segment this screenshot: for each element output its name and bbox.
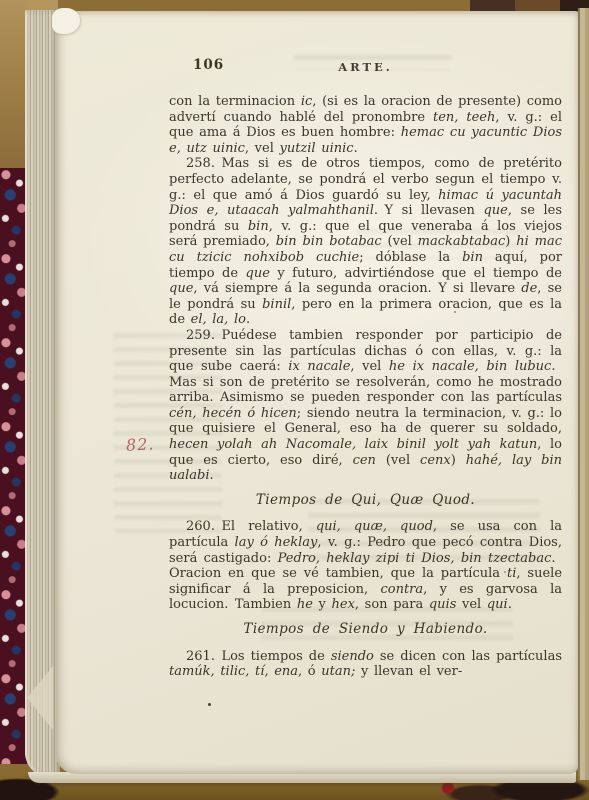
italic-text-run: bin bin botabac <box>276 234 382 249</box>
italic-text-run: ti <box>507 566 516 581</box>
section-heading-siendo-habiendo: Tiempos de Siendo y Habiendo. <box>169 622 562 638</box>
book-page: 82. 106 ARTE. con la terminacion ic, (si… <box>56 11 578 774</box>
page-header: 106 ARTE. <box>169 58 562 75</box>
italic-text-run: utan; <box>321 664 355 679</box>
italic-text-run: Pedro, heklay zipi ti Dios, bin tzectaba… <box>278 551 552 566</box>
paragraph-259: 259. Puédese tambien responder por parti… <box>169 328 562 484</box>
text-run: , ó <box>298 664 321 679</box>
text-run: . <box>354 141 358 156</box>
italic-text-run: he <box>297 597 313 612</box>
paragraph-258: 258. Mas si es de otros tiempos, como de… <box>169 156 562 328</box>
page-stack-edges <box>25 10 60 778</box>
italic-text-run: hex <box>332 597 355 612</box>
paragraph-261: 261. Los tiempos de siendo se dicen con … <box>169 649 562 680</box>
page-edge-right <box>578 8 589 780</box>
italic-text-run: quis <box>429 597 457 612</box>
text-run: con la terminacion <box>169 94 301 109</box>
book-photo: 82. 106 ARTE. con la terminacion ic, (si… <box>0 0 589 800</box>
italic-text-run: de <box>521 281 537 296</box>
italic-text-run: cen <box>353 453 376 468</box>
italic-text-run: lay ó heklay <box>235 535 318 550</box>
italic-text-run: hecen yolah ah Nacomale, laix binil yolt… <box>169 437 537 452</box>
italic-text-run: contra <box>380 582 423 597</box>
text-run: , son para <box>355 597 429 612</box>
italic-text-run: siendo <box>331 649 374 664</box>
text-run: 260. El relativo, <box>186 519 316 534</box>
text-run: , vel <box>350 359 389 374</box>
text-run: (vel <box>376 453 420 468</box>
text-run: vel <box>456 597 486 612</box>
paragraph-continuation: con la terminacion ic, (si es la oracion… <box>169 94 562 156</box>
italic-text-run: el, la, lo <box>191 312 246 327</box>
italic-text-run: bin <box>462 250 483 265</box>
text-run: . Y si llevasen <box>374 203 484 218</box>
text-run: se dicen con las partículas <box>374 649 562 664</box>
worn-corner-patch <box>52 8 80 34</box>
italic-text-run: qui <box>487 597 508 612</box>
italic-text-run: que <box>246 266 270 281</box>
italic-text-run: he ix nacale, bin lubuc <box>389 359 551 374</box>
text-run: (vel <box>382 234 418 249</box>
italic-text-run: ten, teeh <box>433 110 495 125</box>
text-run: . <box>246 312 250 327</box>
text-run: . <box>210 468 214 483</box>
running-title: ARTE. <box>169 60 562 76</box>
text-run: ) <box>505 234 516 249</box>
page-text: 106 ARTE. con la terminacion ic, (si es … <box>169 58 562 680</box>
italic-text-run: mackabtabac <box>418 234 506 249</box>
text-run: , vá siempre á la segunda oracion. Y si … <box>193 281 521 296</box>
italic-text-run: qui, quæ, quod <box>316 519 433 534</box>
italic-text-run: cenx <box>420 453 451 468</box>
text-run: y futuro, advirtiéndose que el tiempo de <box>270 266 562 281</box>
italic-text-run: cén, hecén ó hicen <box>169 406 297 421</box>
text-run: , vel <box>245 141 280 156</box>
italic-text-run: bin <box>248 219 269 234</box>
text-run: 261. Los tiempos de <box>186 649 331 664</box>
italic-text-run: ix nacale <box>288 359 350 374</box>
italic-text-run: binil <box>262 297 291 312</box>
italic-text-run: que <box>483 203 507 218</box>
text-run: . <box>508 597 512 612</box>
section-heading-qui-quae-quod: Tiempos de Qui, Quæ Quod. <box>169 493 562 509</box>
italic-text-run: ic <box>301 94 312 109</box>
italic-text-run: yutzil uinic <box>279 141 353 156</box>
paper-speck <box>208 703 211 706</box>
paragraph-260: 260. El relativo, qui, quæ, quod, se usa… <box>169 519 562 613</box>
text-run: y <box>313 597 332 612</box>
text-run: ) <box>451 453 466 468</box>
marbled-cover-edge <box>0 168 27 764</box>
italic-text-run: tamúk, tilic, tí, ena <box>169 664 298 679</box>
collection-stamp: 82. <box>126 434 155 454</box>
text-run: ; dóblase la <box>359 250 462 265</box>
book-cover-left-edge <box>0 0 27 176</box>
italic-text-run: que <box>169 281 193 296</box>
text-run: y llevan el ver- <box>355 664 462 679</box>
